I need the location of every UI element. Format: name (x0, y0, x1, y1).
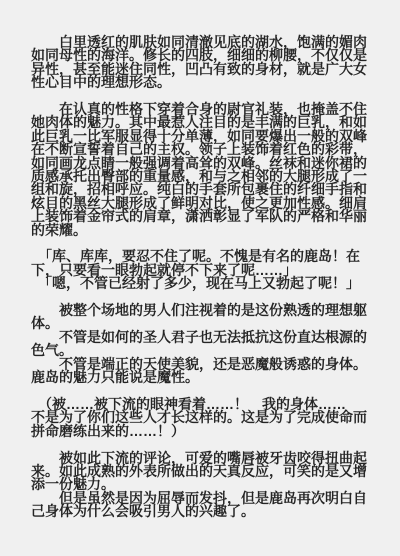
paragraph: （被……被下流的眼神看着……！ 我的身体…… 不是为了你们这些人才长这样的。这是… (31, 398, 372, 438)
paragraph: 「库、库库，要忍不住了呢。不愧是有名的鹿岛！在 下，只要看一眼勃起就停不下来了呢… (31, 250, 372, 277)
reader-page: 白里透红的肌肤如同清澈见底的湖水，饱满的媚肉 如同母性的海洋。修长的四肢，细细的… (0, 0, 400, 556)
paragraph: 被整个场地的男人们注视着的是这份熟透的理想躯 体。 (31, 304, 372, 331)
paragraph: 被如此下流的评论，可爱的嘴唇被牙齿咬得扭曲起 来。如此成熟的外表所做出的天真反应… (31, 452, 372, 492)
paragraph: 白里透红的肌肤如同清澈见底的湖水，饱满的媚肉 如同母性的海洋。修长的四肢，细细的… (31, 36, 372, 90)
paragraph: 不管是端正的天使美貌，还是恶魔般诱惑的身体。 鹿岛的魅力只能说是魔性。 (31, 358, 372, 385)
paragraph: 不管是如何的圣人君子也无法抵抗这份直达根源的 色气。 (31, 331, 372, 358)
paragraph: 在认真的性格下穿着合身的尉官礼装，也掩盖不住 她肉体的魅力。其中最惹人注目的是丰… (31, 103, 372, 237)
paragraph: 但是虽然是因为屈辱而发抖，但是鹿岛再次明白自 己身体为什么会吸引男人的兴趣了。 (31, 492, 372, 519)
paragraph: 「嗯，不管已经射了多少，现在马上又勃起了呢！」 (31, 277, 372, 290)
novel-text: 白里透红的肌肤如同清澈见底的湖水，饱满的媚肉 如同母性的海洋。修长的四肢，细细的… (31, 36, 372, 519)
